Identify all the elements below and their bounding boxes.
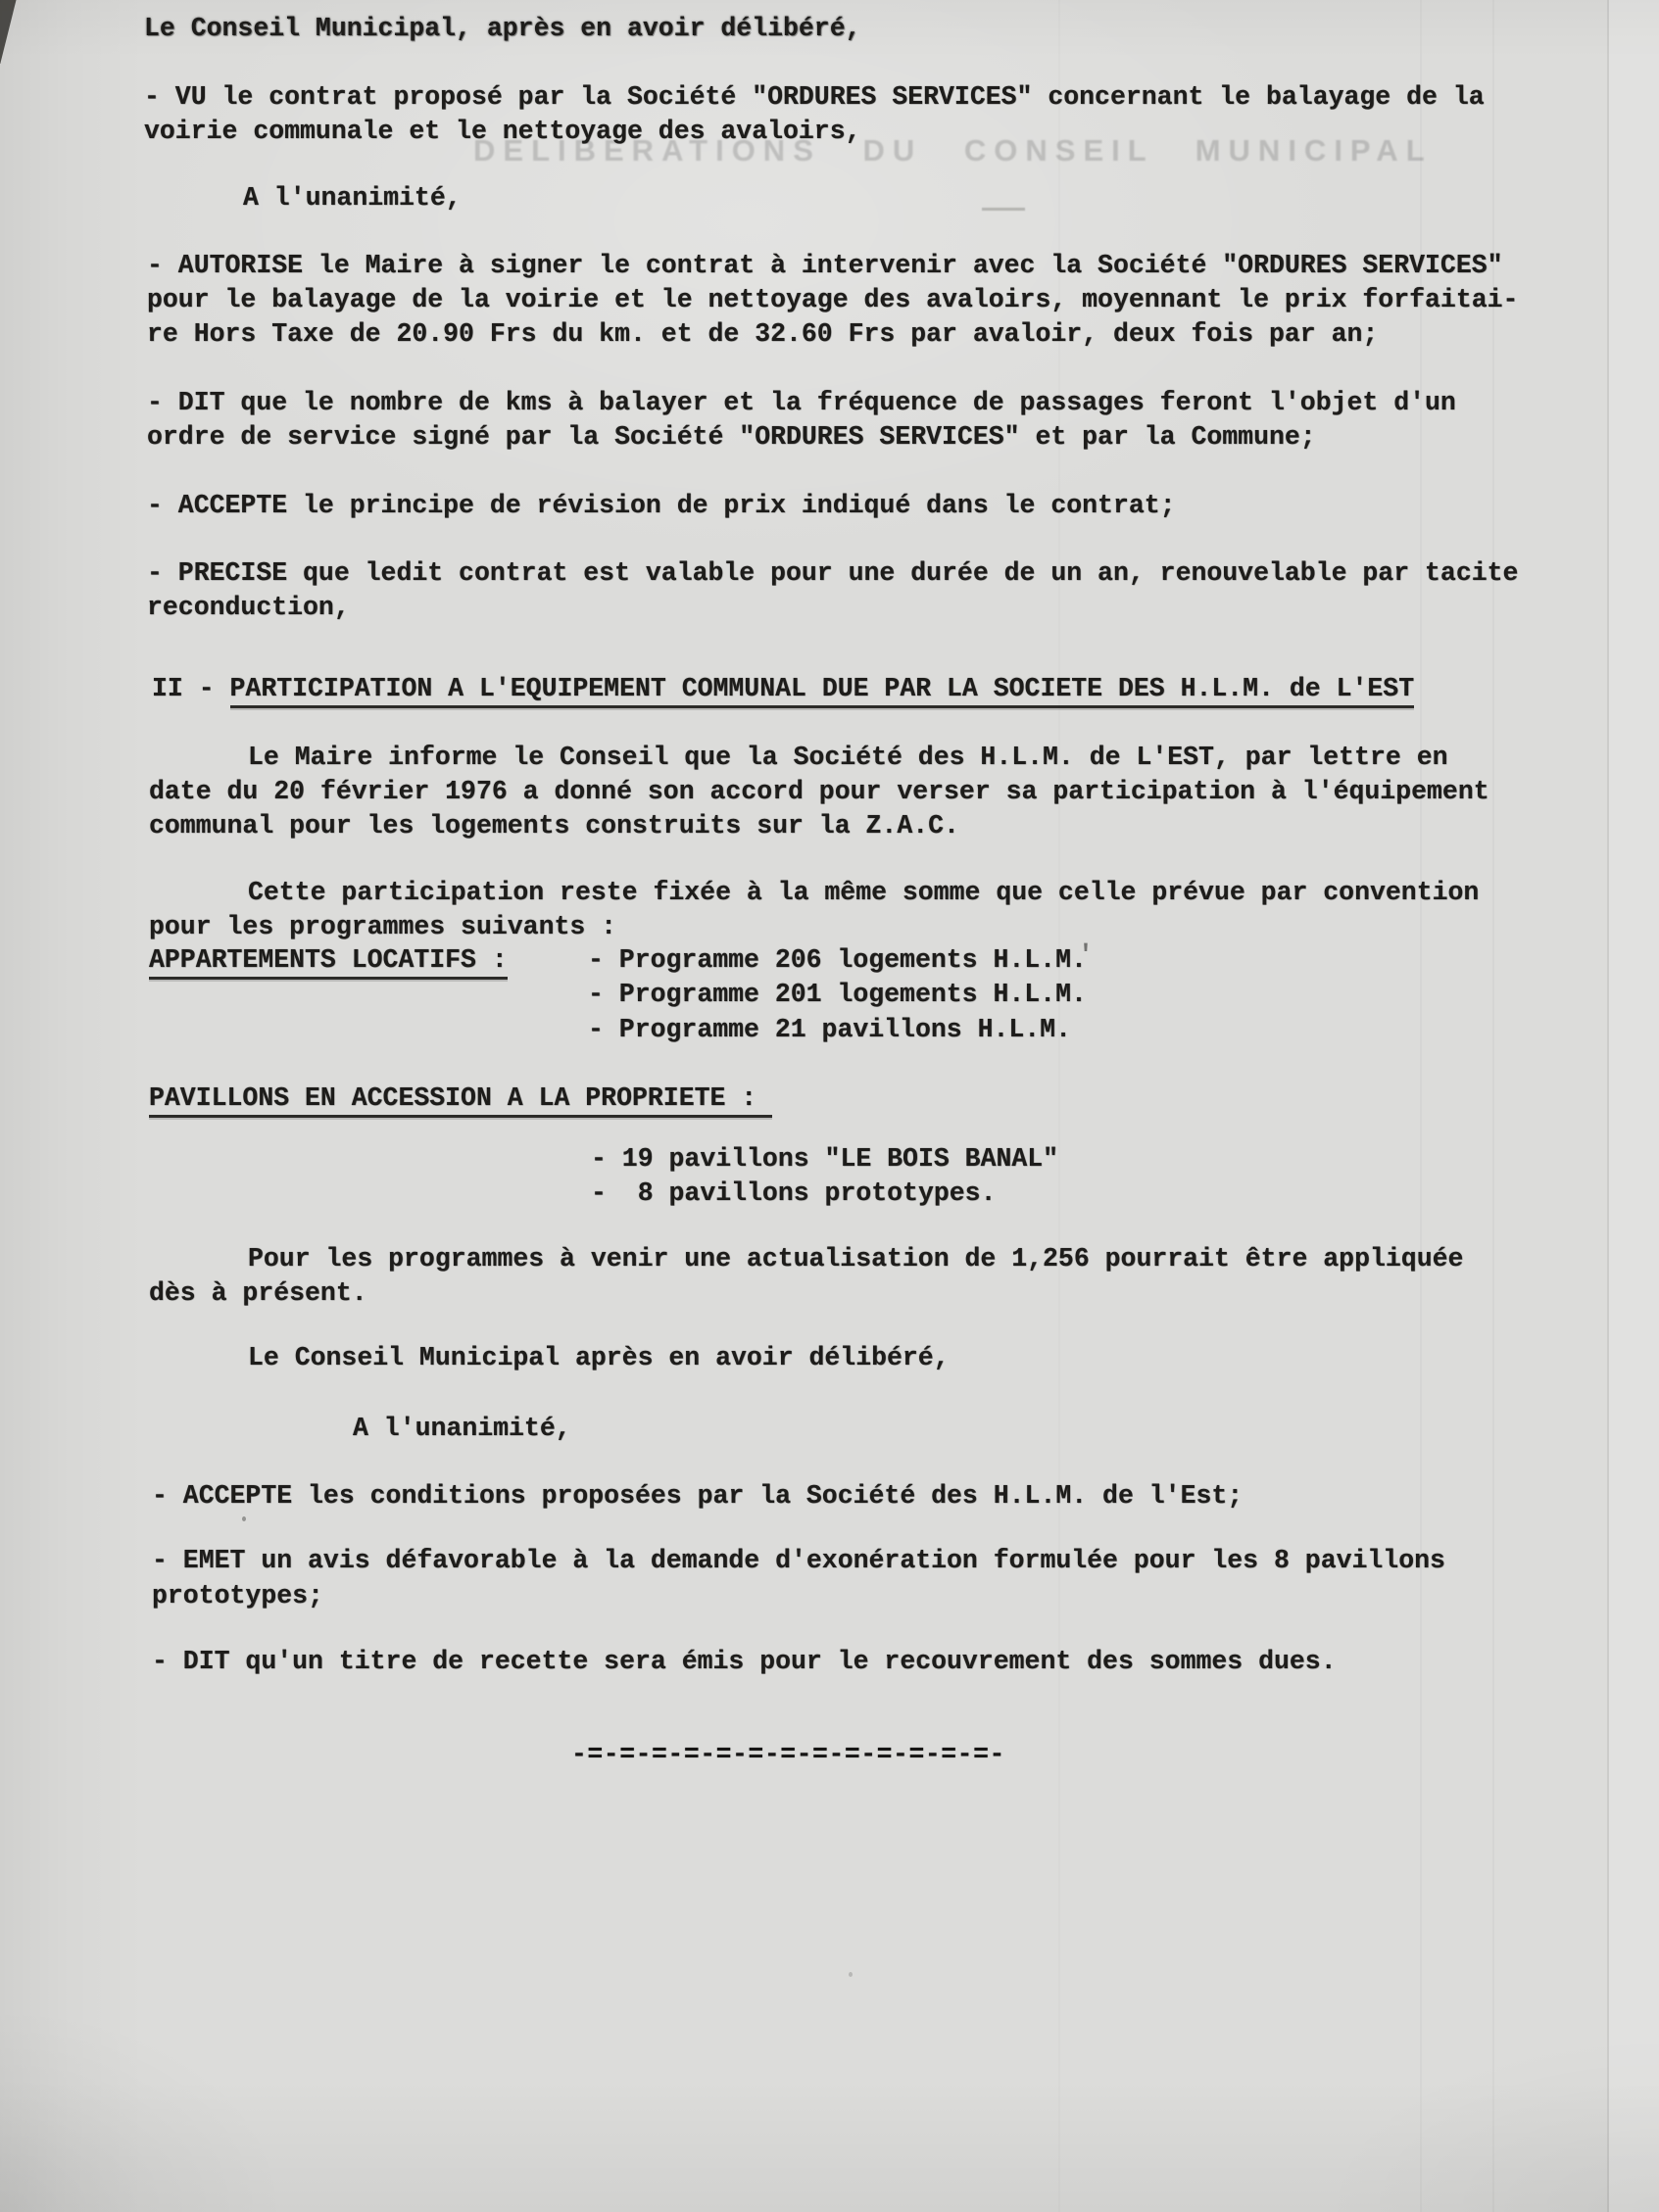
text-segment: II -	[152, 674, 230, 703]
text-segment: - EMET un avis défavorable à la demande …	[152, 1546, 1445, 1575]
text-segment: A l'unanimité,	[243, 183, 462, 213]
text-segment: - ACCEPTE le principe de révision de pri…	[147, 491, 1176, 520]
text-segment: - ACCEPTE les conditions proposées par l…	[152, 1481, 1243, 1511]
end-separator: -=-=-=-=-=-=-=-=-=-=-=-=-=-	[571, 1740, 1005, 1769]
text-segment: - 19 pavillons "LE BOIS BANAL"	[591, 1144, 1058, 1174]
text-line: Le Conseil Municipal après en avoir déli…	[248, 1343, 950, 1372]
scan-corner-artifact	[0, 0, 19, 64]
text-segment: - 8 pavillons prototypes.	[591, 1178, 996, 1208]
text-segment: A l'unanimité,	[353, 1414, 571, 1443]
ink-speck	[242, 1516, 246, 1521]
text-segment: - VU le contrat proposé par la Société "…	[144, 82, 1485, 112]
scan-streak	[1492, 0, 1494, 2212]
text-segment: Pour les programmes à venir une actualis…	[248, 1244, 1463, 1274]
text-line: re Hors Taxe de 20.90 Frs du km. et de 3…	[147, 319, 1378, 349]
text-line: - Programme 21 pavillons H.L.M.	[588, 1015, 1071, 1044]
text-segment: - DIT qu'un titre de recette sera émis p…	[152, 1647, 1337, 1676]
text-line: A l'unanimité,	[353, 1414, 571, 1443]
text-line: A l'unanimité,	[243, 183, 462, 213]
text-segment: voirie communale et le nettoyage des ava…	[144, 117, 861, 146]
text-segment: pour le balayage de la voirie et le nett…	[147, 285, 1518, 314]
text-line: voirie communale et le nettoyage des ava…	[144, 117, 861, 146]
text-segment: date du 20 février 1976 a donné son acco…	[149, 777, 1489, 806]
text-segment: Cette participation reste fixée à la mêm…	[248, 878, 1479, 907]
text-line: - Programme 206 logements H.L.M.	[588, 945, 1087, 975]
text-line: ordre de service signé par la Société "O…	[147, 422, 1316, 452]
text-segment: reconduction,	[147, 593, 350, 622]
faint-dash-artifact	[982, 208, 1025, 211]
text-segment: communal pour les logements construits s…	[149, 811, 959, 841]
underlined-text: APPARTEMENTS LOCATIFS :	[149, 945, 508, 980]
stray-mark: '	[1078, 940, 1094, 970]
text-line: - VU le contrat proposé par la Société "…	[144, 82, 1485, 112]
text-segment: '	[1078, 940, 1094, 970]
text-line: - 8 pavillons prototypes.	[591, 1178, 996, 1208]
text-line: - ACCEPTE les conditions proposées par l…	[152, 1481, 1243, 1511]
text-line: - ACCEPTE le principe de révision de pri…	[147, 491, 1176, 520]
paper-edge-strip	[1609, 0, 1659, 2212]
text-line: pour les programmes suivants :	[149, 912, 616, 941]
text-segment: ordre de service signé par la Société "O…	[147, 422, 1316, 452]
text-line: Le Maire informe le Conseil que la Socié…	[248, 743, 1448, 772]
section-ii-heading: II - PARTICIPATION A L'EQUIPEMENT COMMUN…	[152, 674, 1414, 703]
text-line: - DIT qu'un titre de recette sera émis p…	[152, 1647, 1337, 1676]
text-segment: dès à présent.	[149, 1278, 367, 1308]
pavillons-accession-heading: PAVILLONS EN ACCESSION A LA PROPRIETE :	[149, 1083, 772, 1113]
text-segment: - PRECISE que ledit contrat est valable …	[147, 558, 1518, 588]
text-line: - 19 pavillons "LE BOIS BANAL"	[591, 1144, 1058, 1174]
text-segment: pour les programmes suivants :	[149, 912, 616, 941]
text-segment: Le Conseil Municipal après en avoir déli…	[248, 1343, 950, 1372]
text-segment: - AUTORISE le Maire à signer le contrat …	[147, 251, 1503, 280]
text-line: dès à présent.	[149, 1278, 367, 1308]
text-line: communal pour les logements construits s…	[149, 811, 959, 841]
text-line: - DIT que le nombre de kms à balayer et …	[147, 388, 1456, 417]
text-line: prototypes;	[152, 1581, 323, 1611]
text-segment: - Programme 206 logements H.L.M.	[588, 945, 1087, 975]
text-line: - PRECISE que ledit contrat est valable …	[147, 558, 1518, 588]
text-line: pour le balayage de la voirie et le nett…	[147, 285, 1518, 314]
text-line: Pour les programmes à venir une actualis…	[248, 1244, 1463, 1274]
appartements-locatifs-heading: APPARTEMENTS LOCATIFS :	[149, 945, 508, 975]
underlined-text: PARTICIPATION A L'EQUIPEMENT COMMUNAL DU…	[230, 674, 1415, 708]
text-segment: - DIT que le nombre de kms à balayer et …	[147, 388, 1456, 417]
text-segment: - Programme 21 pavillons H.L.M.	[588, 1015, 1071, 1044]
text-line: Le Conseil Municipal, après en avoir dél…	[144, 14, 861, 43]
scan-streak	[1058, 0, 1060, 2212]
text-line: - EMET un avis défavorable à la demande …	[152, 1546, 1445, 1575]
text-segment: Le Maire informe le Conseil que la Socié…	[248, 743, 1448, 772]
text-line: Cette participation reste fixée à la mêm…	[248, 878, 1479, 907]
text-line: date du 20 février 1976 a donné son acco…	[149, 777, 1489, 806]
text-segment: prototypes;	[152, 1581, 323, 1611]
text-line: reconduction,	[147, 593, 350, 622]
text-line: - Programme 201 logements H.L.M.	[588, 980, 1087, 1009]
text-segment: re Hors Taxe de 20.90 Frs du km. et de 3…	[147, 319, 1378, 349]
text-segment: Le Conseil Municipal, après en avoir dél…	[144, 14, 861, 43]
scanned-document-page: DELIBERATIONS DU CONSEIL MUNICIPAL Le Co…	[0, 0, 1659, 2212]
scan-streak	[1420, 0, 1422, 2212]
underlined-text: PAVILLONS EN ACCESSION A LA PROPRIETE :	[149, 1083, 772, 1118]
text-line: - AUTORISE le Maire à signer le contrat …	[147, 251, 1503, 280]
ink-speck	[849, 1972, 853, 1977]
text-segment: - Programme 201 logements H.L.M.	[588, 980, 1087, 1009]
